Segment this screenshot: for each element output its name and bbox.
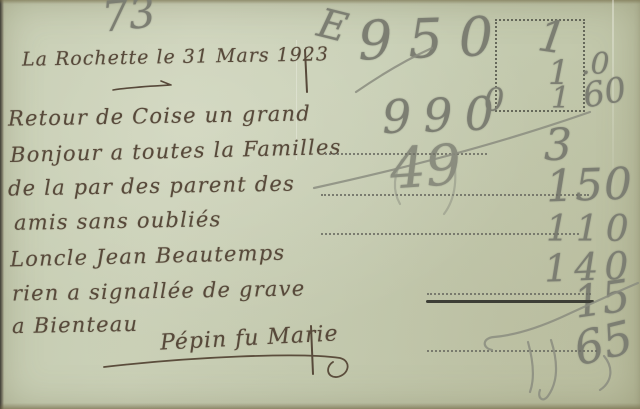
pencil-number-73: 73 xyxy=(100,0,158,39)
pencil-box-digit-3: 1 xyxy=(551,84,570,114)
message-line-7: a Bienteau xyxy=(12,312,139,338)
message-line-3: de la par des parent des xyxy=(8,171,295,200)
rule-line-3 xyxy=(321,233,579,235)
total-underline xyxy=(426,300,594,303)
date-underline-dash xyxy=(113,81,171,90)
pencil-number-65: 65 xyxy=(569,314,637,373)
message-line-4: amis sans oubliés xyxy=(14,207,222,235)
message-line-6: rien a signallée de grave xyxy=(12,276,306,305)
paper-top-edge xyxy=(0,0,640,4)
rule-line-4 xyxy=(427,293,591,295)
message-line-1: Retour de Coise un grand xyxy=(8,101,311,130)
postcard-scan: 73 La Rochette le 31 Mars 1923 Retour de… xyxy=(0,0,640,409)
rule-line-2 xyxy=(321,194,589,196)
pencil-number-950: 950 xyxy=(357,9,510,68)
paper-bottom-edge xyxy=(0,403,640,409)
pencil-scribble-49: 49 xyxy=(388,138,463,199)
pencil-e-mark: E xyxy=(314,3,352,49)
pencil-number-60: 60 xyxy=(580,73,629,114)
paper-left-edge xyxy=(0,0,4,409)
signature-flourish xyxy=(104,355,348,377)
dateline: La Rochette le 31 Mars 1923 xyxy=(22,43,329,70)
rule-line-1 xyxy=(325,153,487,155)
pencil-number-110: 110 xyxy=(546,212,636,248)
pencil-number-150: 150 xyxy=(545,162,633,209)
message-line-2: Bonjour a toutes la Familles xyxy=(10,135,342,167)
pencil-scribble-stroke-2 xyxy=(539,340,556,399)
message-line-5: Loncle Jean Beautemps xyxy=(10,241,286,272)
rule-line-5 xyxy=(427,350,597,352)
signature: Pépin fu Marie xyxy=(159,321,339,355)
